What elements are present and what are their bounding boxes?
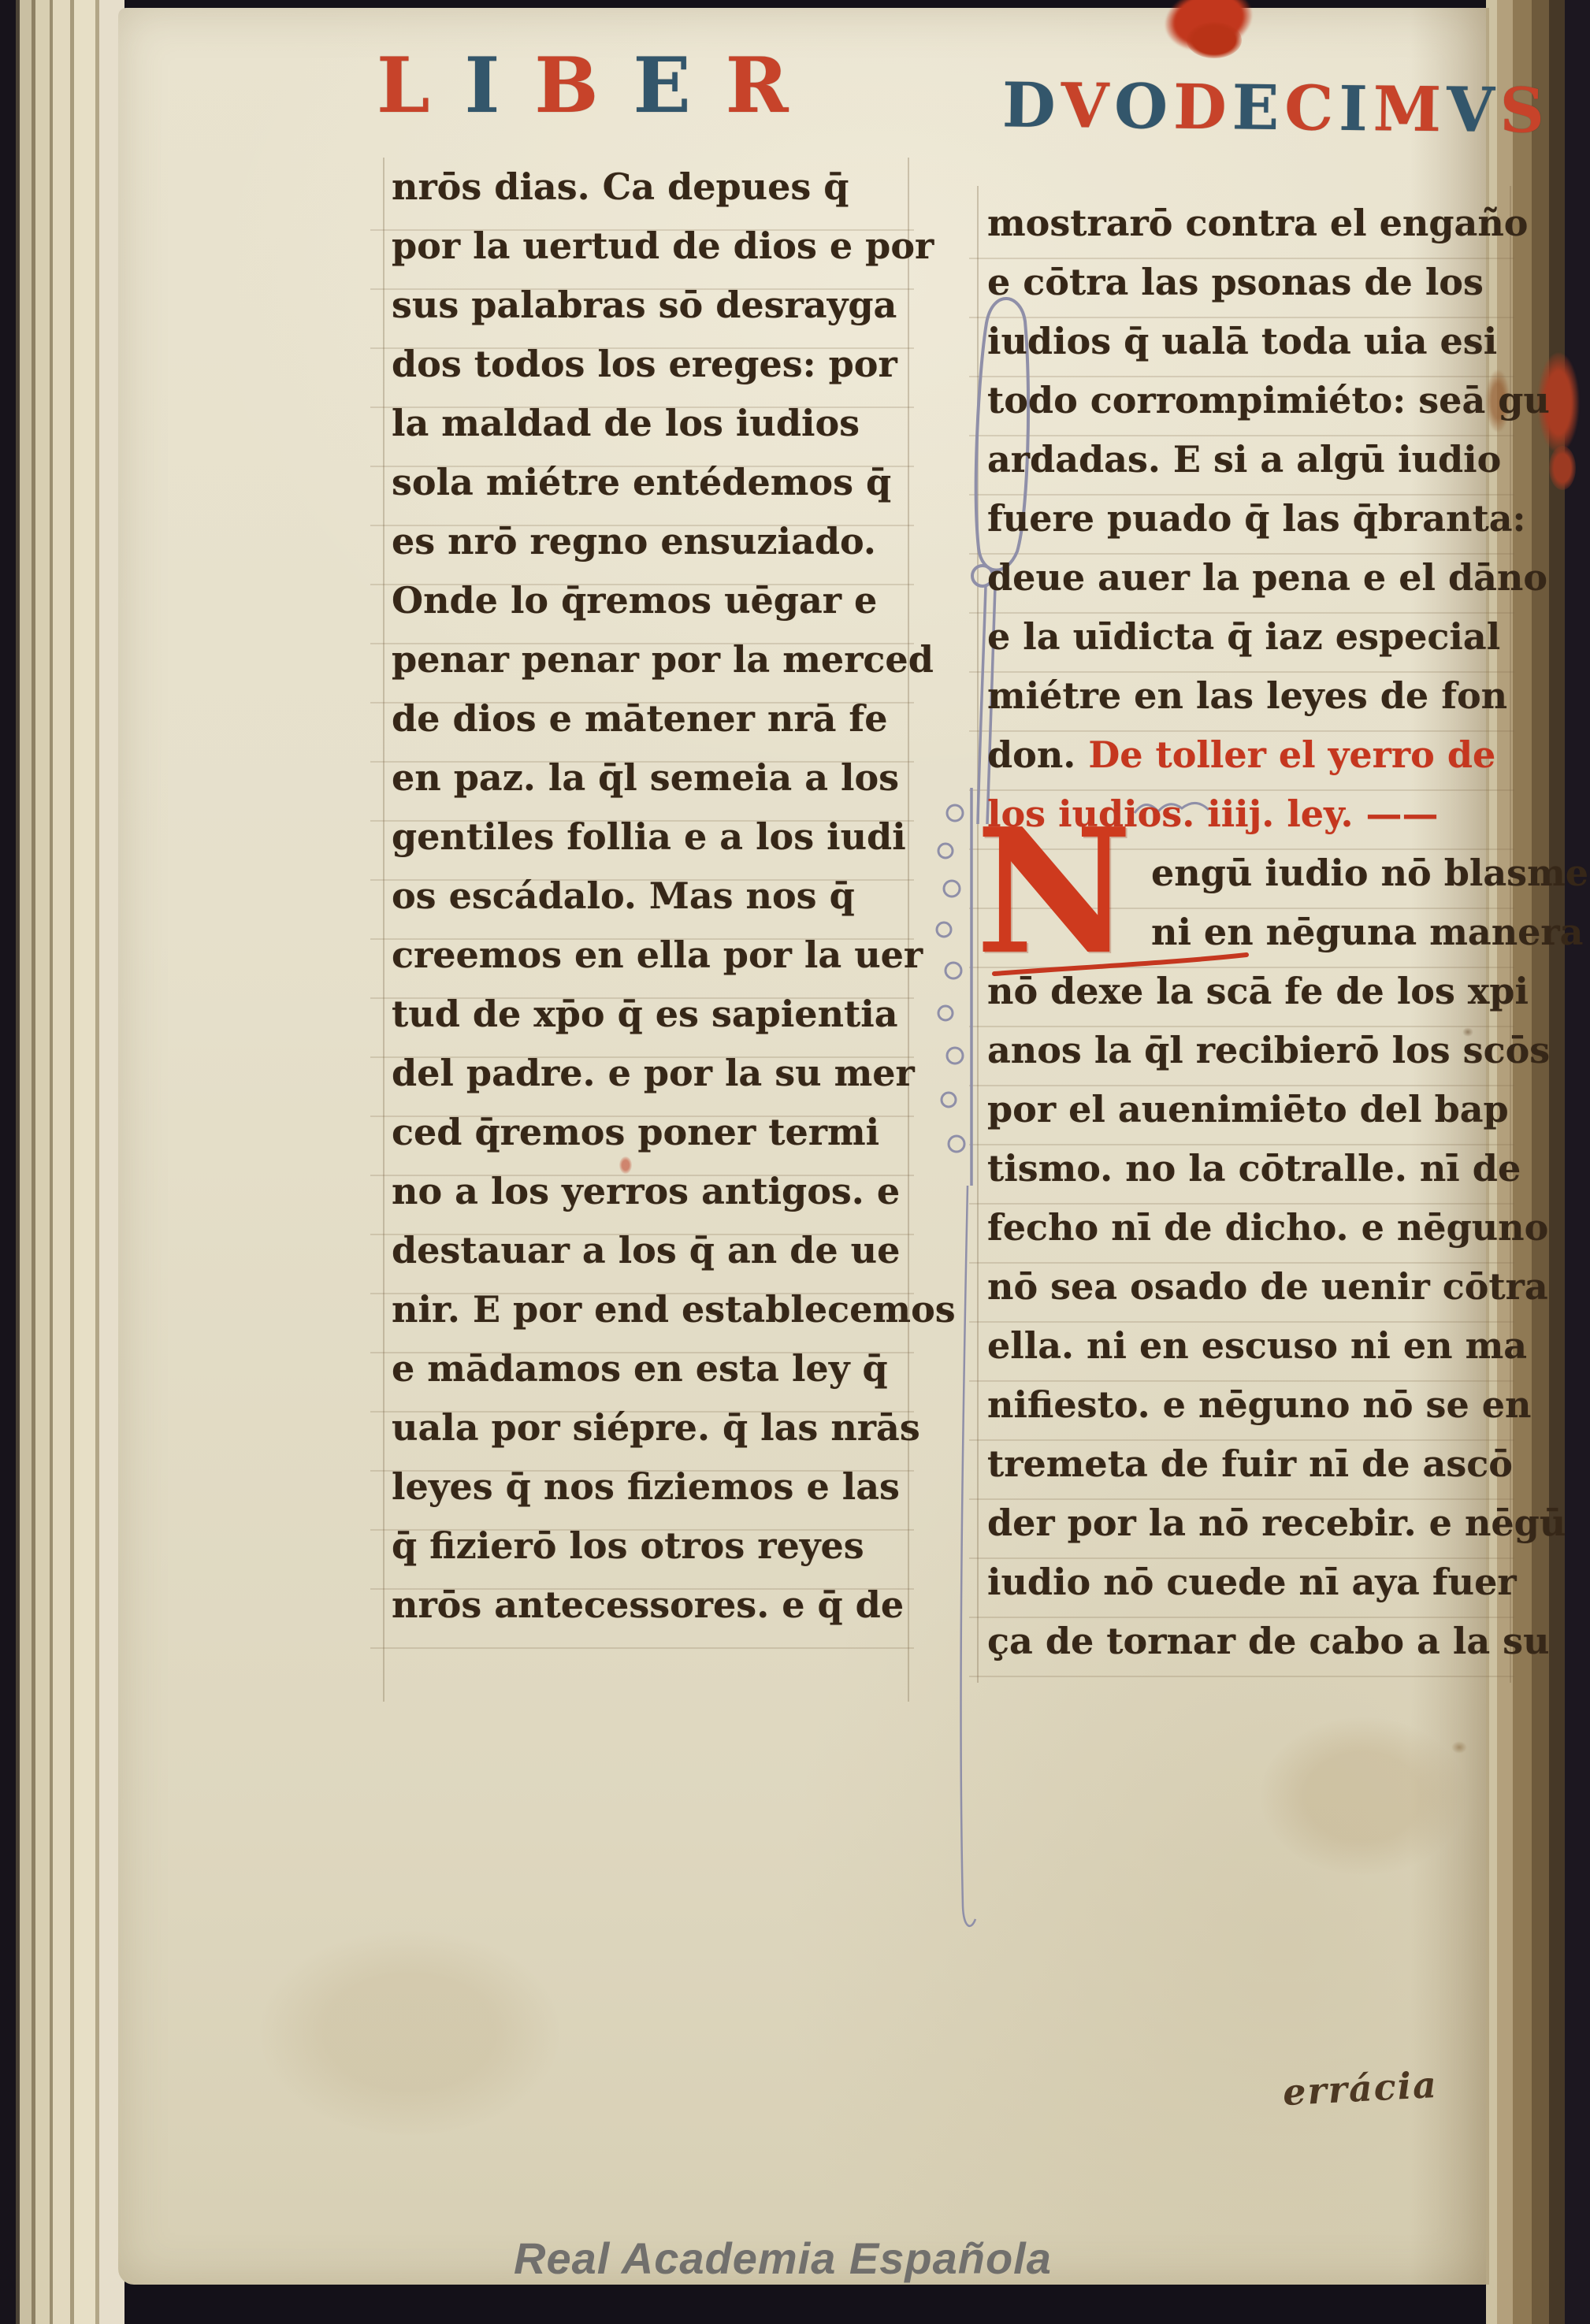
header-left-title: LIBER	[377, 41, 823, 130]
title-letter: D	[1002, 69, 1062, 142]
text-line: miétre en las leyes de fon	[987, 666, 1523, 726]
text-line: creemos en ella por la uer	[392, 926, 912, 985]
text-segment: en paz. la q̄l semeia a los	[392, 756, 899, 799]
text-line: Onde lo q̄remos uēgar e	[392, 571, 912, 630]
text-segment: destauar a los q̄ an de ue	[392, 1229, 900, 1272]
red-stain-right-edge-small	[1549, 446, 1576, 490]
text-line: nrōs dias. Ca depues q̄	[392, 158, 912, 217]
title-letter: C	[1284, 72, 1339, 145]
text-line: tismo. no la cōtralle. nī de	[987, 1139, 1523, 1198]
text-line: por el auenimiēto del bap	[987, 1080, 1523, 1139]
text-line: nō sea osado de uenir cōtra	[987, 1257, 1523, 1316]
title-letter: V	[1061, 70, 1114, 143]
text-segment: e la uīdicta q̄ iaz especial	[987, 615, 1500, 658]
text-segment: q̄ fizierō los otros reyes	[392, 1524, 864, 1567]
text-line: e cōtra las psonas de los	[987, 253, 1523, 312]
text-line: iudios q̄ ualā toda uia esi	[987, 312, 1523, 371]
text-segment: todo corrompimiéto: seā gu	[987, 379, 1550, 421]
text-line: iudio nō cuede nī aya fuer	[987, 1553, 1523, 1612]
vertical-rule-left-col-left	[383, 158, 384, 1702]
text-segment: de dios e mātener nrā fe	[392, 697, 887, 740]
text-line: por la uertud de dios e por	[392, 217, 912, 276]
text-line: fuere puado q̄ las q̄branta:	[987, 489, 1523, 548]
text-line: der por la nō recebir. e nēgū	[987, 1494, 1523, 1553]
title-letter: O	[1114, 71, 1174, 143]
text-segment: De toller el yerro de	[1088, 733, 1495, 776]
text-line: os escádalo. Mas nos q̄	[392, 867, 912, 926]
text-segment: fecho nī de dicho. e nēguno	[987, 1206, 1548, 1249]
title-letter: V	[1447, 74, 1500, 147]
text-line: penar penar por la merced	[392, 630, 912, 689]
title-letter: M	[1373, 73, 1447, 146]
title-letter: S	[1499, 75, 1550, 147]
text-segment: del padre. e por la su mer	[392, 1052, 915, 1094]
text-line: ardadas. E si a algū iudio	[987, 430, 1523, 489]
text-segment: uala por siépre. q̄ las nrās	[392, 1406, 920, 1449]
text-segment: tud de xp̄o q̄ es sapientia	[392, 993, 898, 1035]
text-line: tud de xp̄o q̄ es sapientia	[392, 985, 912, 1044]
text-line: del padre. e por la su mer	[392, 1044, 912, 1103]
text-segment: nrōs antecessores. e q̄ de	[392, 1583, 904, 1626]
ink-dot-margin-lower	[1451, 1741, 1467, 1754]
text-line: tremeta de fuir nī de ascō	[987, 1435, 1523, 1494]
title-letter: L	[377, 41, 465, 130]
text-segment: ni en nēguna manera	[1151, 911, 1583, 953]
text-segment: don.	[987, 733, 1088, 776]
text-line: q̄ fizierō los otros reyes	[392, 1517, 912, 1576]
left-page-stack-edges	[0, 0, 124, 2324]
text-line: dos todos los ereges: por	[392, 335, 912, 394]
text-line: destauar a los q̄ an de ue	[392, 1221, 912, 1280]
text-segment: os escádalo. Mas nos q̄	[392, 874, 855, 917]
text-line: mostrarō contra el engaño	[987, 194, 1523, 253]
text-segment: der por la nō recebir. e nēgū	[987, 1502, 1566, 1544]
text-line: leyes q̄ nos fiziemos e las	[392, 1457, 912, 1517]
text-line: nir. E por end establecemos	[392, 1280, 912, 1339]
text-segment: nifiesto. e nēguno nō se en	[987, 1383, 1531, 1426]
text-segment: nrōs dias. Ca depues q̄	[392, 165, 849, 208]
text-segment: nir. E por end establecemos	[392, 1288, 956, 1331]
text-segment: es nrō regno ensuziado.	[392, 520, 876, 562]
text-segment: ardadas. E si a algū iudio	[987, 438, 1501, 481]
soft-stain-lower-left	[260, 1930, 559, 2135]
text-segment: la maldad de los iudios	[392, 402, 860, 444]
text-segment: tremeta de fuir nī de ascō	[987, 1442, 1513, 1485]
text-line: sus palabras sō desrayga	[392, 276, 912, 335]
text-line: anos la q̄l recibierō los scōs	[987, 1021, 1523, 1080]
text-segment: sus palabras sō desrayga	[392, 284, 897, 326]
text-segment: e cōtra las psonas de los	[987, 261, 1484, 303]
text-line: uala por siépre. q̄ las nrās	[392, 1398, 912, 1457]
text-segment: leyes q̄ nos fiziemos e las	[392, 1465, 900, 1508]
text-line: e mādamos en esta ley q̄	[392, 1339, 912, 1398]
text-line: no a los yerros antigos. e	[392, 1162, 912, 1221]
title-letter: D	[1173, 72, 1233, 144]
text-line: la maldad de los iudios	[392, 394, 912, 453]
text-line: gentiles follia e a los iudi	[392, 807, 912, 867]
left-column-text: nrōs dias. Ca depues q̄por la uertud de …	[392, 158, 912, 1635]
text-segment: gentiles follia e a los iudi	[392, 815, 906, 858]
text-segment: tismo. no la cōtralle. nī de	[987, 1147, 1521, 1190]
text-segment: engū iudio nō blasme	[1151, 852, 1588, 894]
text-segment: nō sea osado de uenir cōtra	[987, 1265, 1548, 1308]
text-line: nifiesto. e nēguno nō se en	[987, 1375, 1523, 1435]
title-letter: E	[633, 41, 726, 130]
title-letter: I	[1339, 73, 1373, 145]
text-segment: sola miétre entédemos q̄	[392, 461, 891, 503]
library-watermark: Real Academia Española	[514, 2233, 1052, 2284]
header-right-title: DVODECIMVS	[1002, 69, 1551, 147]
text-segment: iudio nō cuede nī aya fuer	[987, 1561, 1517, 1603]
text-line: todo corrompimiéto: seā gu	[987, 371, 1523, 430]
text-segment: ella. ni en escuso ni en ma	[987, 1324, 1527, 1367]
text-segment: dos todos los ereges: por	[392, 343, 897, 385]
text-segment: anos la q̄l recibierō los scōs	[987, 1029, 1550, 1071]
text-segment: por la uertud de dios e por	[392, 225, 934, 267]
text-line: deue auer la pena e el dāno	[987, 548, 1523, 607]
text-segment: iudios q̄ ualā toda uia esi	[987, 320, 1497, 362]
title-letter: R	[726, 41, 823, 130]
text-segment: ça de tornar de cabo a la su	[987, 1620, 1550, 1662]
title-letter: E	[1232, 72, 1284, 144]
text-segment: deue auer la pena e el dāno	[987, 556, 1547, 599]
title-letter: B	[534, 41, 633, 130]
text-segment: e mādamos en esta ley q̄	[392, 1347, 888, 1390]
text-line: ced q̄remos poner termi	[392, 1103, 912, 1162]
text-segment: ced q̄remos poner termi	[392, 1111, 879, 1153]
catchword: errácia	[1282, 2063, 1439, 2114]
text-line: en paz. la q̄l semeia a los	[392, 748, 912, 807]
text-segment: Onde lo q̄remos uēgar e	[392, 579, 877, 622]
text-segment: por el auenimiēto del bap	[987, 1088, 1509, 1130]
red-ink-stain-top-inner	[1187, 22, 1242, 58]
text-line: es nrō regno ensuziado.	[392, 512, 912, 571]
text-line: sola miétre entédemos q̄	[392, 453, 912, 512]
text-segment: penar penar por la merced	[392, 638, 934, 681]
text-segment: fuere puado q̄ las q̄branta:	[987, 497, 1526, 540]
text-segment: no a los yerros antigos. e	[392, 1170, 900, 1212]
text-segment: mostrarō contra el engaño	[987, 202, 1528, 244]
text-line: ella. ni en escuso ni en ma	[987, 1316, 1523, 1375]
text-line: don. De toller el yerro de	[987, 726, 1523, 785]
text-segment: creemos en ella por la uer	[392, 934, 923, 976]
decorated-initial: N	[975, 813, 1132, 971]
manuscript-photo: { "page": { "watermark": "Real Academia …	[0, 0, 1590, 2324]
title-letter: I	[465, 41, 535, 130]
soft-stain-lower-right	[1261, 1717, 1466, 1875]
text-line: nrōs antecessores. e q̄ de	[392, 1576, 912, 1635]
text-line: e la uīdicta q̄ iaz especial	[987, 607, 1523, 666]
text-line: fecho nī de dicho. e nēguno	[987, 1198, 1523, 1257]
text-line: de dios e mātener nrā fe	[392, 689, 912, 748]
text-segment: miétre en las leyes de fon	[987, 674, 1507, 717]
text-line: ça de tornar de cabo a la su	[987, 1612, 1523, 1671]
